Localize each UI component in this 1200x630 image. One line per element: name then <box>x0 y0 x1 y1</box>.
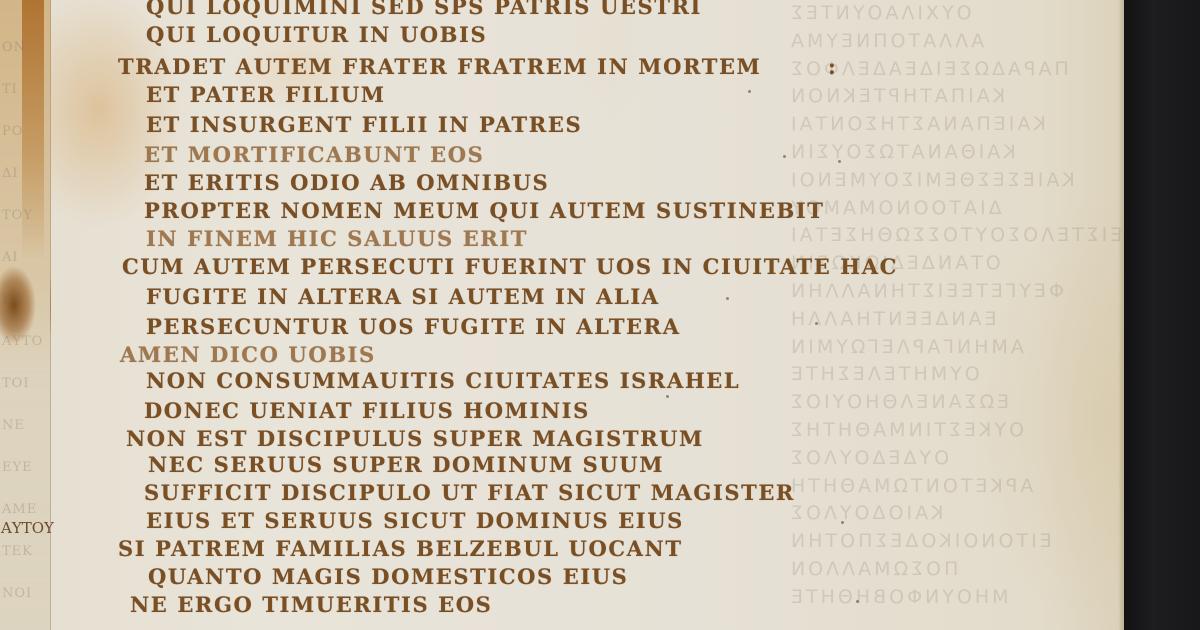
ink-speck <box>726 297 729 300</box>
text-line: et insurgent filii in patres <box>146 112 582 137</box>
show-through-line: ΟΥΧΙΛΑΟΥΝΤΕΣ <box>788 2 972 24</box>
facing-ghost-line: ΝΟΙ <box>2 586 32 601</box>
text-line: eius et seruus sicut dominus eius <box>146 508 684 533</box>
text-line: Non est discipulus super magistrum <box>126 426 704 451</box>
text-line: persecuntur uos fugite in altera <box>146 314 681 339</box>
text-line: donec ueniat filius hominis <box>144 398 590 423</box>
page-edge <box>1118 0 1124 630</box>
text-line: in finem hic saluus erit <box>146 226 528 251</box>
show-through-line: ΜΗΟΥΝΦΟΒΗΘΗΤΕ <box>788 586 1009 608</box>
show-through-line: ΚΑΙΕΣΕΣΘΕΜΙΣΟΥΜΕΝΟΙ <box>788 169 1075 191</box>
facing-ghost-line: ΤΟΥ <box>2 208 33 223</box>
facing-ghost-line: ΟΝ <box>2 40 26 55</box>
show-through-line: ΦΕΥΓΕΤΕΕΙΣΤΗΝΑΛΛΗΝ <box>788 280 1064 302</box>
facing-ghost-line: ΝΕ <box>2 418 25 433</box>
facing-ghost-line: ΕΥΕ <box>2 460 33 475</box>
ink-speck <box>838 160 841 163</box>
show-through-line: ΑΡΚΕΤΟΝΤΩΜΑΘΗΤΗ <box>788 475 1033 497</box>
facing-ghost-line: ΕΥ <box>2 292 22 307</box>
text-line: nec seruus super dominum suum <box>148 452 664 477</box>
text-line: Cum autem persecuti fuerint uos in ciuit… <box>122 254 898 279</box>
show-through-line: ΕΑΝΔΕΕΝΤΗΑΛΛΗ <box>788 308 997 330</box>
show-through-line: ΟΥΚΕΣΤΙΝΜΑΘΗΤΗΣ <box>788 419 1024 441</box>
text-line: Amen dico uobis <box>120 342 376 367</box>
text-line: propter nomen meum qui autem sustinebit <box>144 198 825 223</box>
text-line: non consummauitis ciuitates israhel <box>146 368 740 393</box>
ink-speck <box>666 395 669 398</box>
show-through-line: ΕΩΣΑΝΕΛΘΗΟΥΙΟΣ <box>788 391 1009 413</box>
ink-speck <box>856 600 859 603</box>
facing-ghost-line: ΑΥΤΟ <box>2 334 43 349</box>
show-through-line: ΕΙΣΤΕΛΟΣΟΥΤΟΣΣΩΘΗΣΕΤΑΙ <box>788 224 1122 246</box>
ink-speck <box>815 322 818 325</box>
text-line: Ne ergo timueritis eos <box>130 592 492 617</box>
show-through-line: ΕΙΤΟΝΟΙΚΟΔΕΣΠΟΤΗΝ <box>788 530 1052 552</box>
ink-speck <box>841 521 844 524</box>
show-through-line: ΠΟΣΩΜΑΛΛΟΝ <box>788 558 958 580</box>
text-line: et eritis odio ab omnibus <box>144 170 549 195</box>
facing-ghost-line: ΤΟΙ <box>2 376 29 391</box>
show-through-line: ΚΑΙΕΠΑΝΑΣΤΗΣΟΝΤΑΙ <box>788 113 1046 135</box>
text-line: et pater filium <box>146 82 386 107</box>
show-through-line: ΑΜΗΝΓΑΡΛΕΓΩΥΜΙΝ <box>788 336 1024 358</box>
show-through-line: ΚΑΙΠΑΤΗΡΤΕΚΝΟΝ <box>788 85 1005 107</box>
text-line: sufficit discipulo ut fiat sicut magiste… <box>144 480 795 505</box>
dark-background <box>1122 0 1200 630</box>
text-line: et mortificabunt eos <box>144 142 484 167</box>
facing-ghost-line: ΤΕΚ <box>2 544 33 559</box>
show-through-line: ΑΛΛΑΤΟΠΝΕΥΜΑ <box>788 30 984 52</box>
ink-speck <box>748 90 751 93</box>
facing-ghost-line: ΔΙ <box>2 166 19 181</box>
text-line: Tradet autem frater fratrem in mortem <box>118 54 761 79</box>
text-line: quanto magis domesticos eius <box>148 564 628 589</box>
text-line: fugite in altera si autem in alia <box>146 284 660 309</box>
facing-ghost-line: ΑΙ <box>2 250 19 265</box>
facing-ghost-line: ΡΟ <box>2 124 23 139</box>
show-through-line: ΚΑΙΘΑΝΑΤΩΣΟΥΣΙΝ <box>788 141 1016 163</box>
ink-speck <box>783 155 786 158</box>
facing-ghost-line: ΤΙ <box>2 82 18 97</box>
show-through-line: ΚΑΙΟΔΟΥΛΟΣ <box>788 502 944 524</box>
punctuation-mark: : <box>828 54 836 79</box>
show-through-line: ΟΥΜΗΤΕΛΕΣΗΤΕ <box>788 363 980 385</box>
facing-ghost-line: ΑΜΕ <box>2 502 37 517</box>
text-line: qui loquimini sed sps patris uestri <box>146 0 702 19</box>
text-line: qui loquitur in uobis <box>146 22 487 47</box>
show-through-line: ΟΥΔΕΔΟΥΛΟΣ <box>788 447 949 469</box>
text-line: Si patrem familias belzebul uocant <box>118 536 683 561</box>
greek-word-autou: ΑΥΤΟΥ <box>1 519 54 537</box>
manuscript-page: ΟΥΧΙΛΑΟΥΝΤΕΣΑΛΛΑΤΟΠΝΕΥΜΑΠΑΡΑΔΩΣΕΙΔΕΑΔΕΛΦ… <box>48 0 1124 630</box>
facing-page-strip: ΟΝΤΙΡΟΔΙΤΟΥΑΙΕΥΑΥΤΟΤΟΙΝΕΕΥΕΑΜΕΤΕΚΝΟΙ ΑΥΤ… <box>0 0 51 630</box>
